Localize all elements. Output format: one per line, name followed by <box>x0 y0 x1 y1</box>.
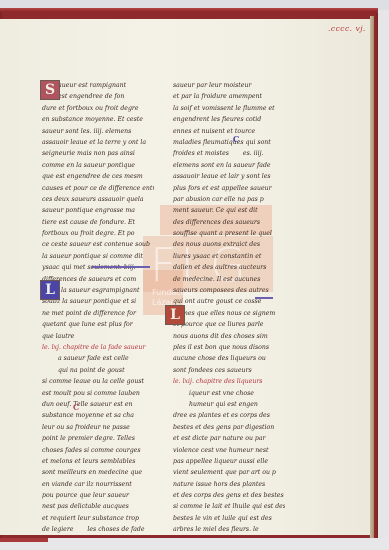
text-line: aucune chose des liqueurs ou <box>173 353 285 364</box>
illuminated-initial-l-right: L <box>165 305 185 325</box>
text-column-right: saueur par leur moisteuret par la froidu… <box>173 80 285 536</box>
text-line: nest pas delictable aucques <box>42 501 154 512</box>
text-line: sont meilleurs en medecine que <box>42 467 154 478</box>
text-line: engendrent les fieures cotid <box>173 114 285 125</box>
text-line: et des corps des gens et des bestes <box>173 490 285 501</box>
binding-bottom-edge <box>0 538 48 542</box>
rubric-heading: le. lxj. chapitre de la fade saueur <box>42 342 154 353</box>
text-line: ples il est bon que nous disons <box>173 342 285 353</box>
text-line: vient seulement que par art ou p <box>173 467 285 478</box>
text-line: la soif et vomissent le flumme et <box>173 103 285 114</box>
text-line: par abusion car elle na pas p <box>173 194 285 205</box>
text-line: sont fondees ces saueurs <box>173 365 285 376</box>
binding-top-edge <box>0 8 378 12</box>
text-line: dree es plantes et es corps des <box>173 410 285 421</box>
text-line: choses fades si comme courges <box>42 445 154 456</box>
text-line-tail: es. iiij. <box>229 150 264 157</box>
text-line: ment saueur. Ce qui est dit <box>173 205 285 216</box>
line-filler <box>92 266 150 268</box>
text-line: substance moyenne et sa cha <box>42 410 154 421</box>
text-line: humeur qui est engen <box>173 399 285 410</box>
text-line: arbres le miel des fleurs. le <box>173 524 285 535</box>
text-line: et par la froidure amempent <box>173 91 285 102</box>
text-line: ne met point de difference for <box>42 308 154 319</box>
text-line: assauoir leaue et lair y sont les <box>173 171 285 182</box>
text-line: si comme leaue ou la celle goust <box>42 376 154 387</box>
text-line: dure et fortboux ou froit degre <box>42 103 154 114</box>
text-line: froides et moisteses. iiij. <box>173 148 285 159</box>
text-line: nous auons dit des choses sim <box>173 331 285 342</box>
text-line: pas appellee liqueur aussi elle <box>173 456 285 467</box>
text-line: saueur sont les. iiij. elemens <box>42 126 154 137</box>
text-line: est moult pou si comme lauben <box>42 388 154 399</box>
text-line: en viande car ilz nourrissent <box>42 479 154 490</box>
text-line: maladies fleumatiques qui sont <box>173 137 285 148</box>
text-line: en substance moyenne. Et ceste <box>42 114 154 125</box>
text-line: si comme le lait et lhuile qui est des <box>173 501 285 512</box>
line-filler <box>255 297 273 299</box>
text-line: dun oeuf. Telle saueur est en <box>42 399 154 410</box>
text-line: dalien et des aultres aucteurs <box>173 262 285 273</box>
text-line-tail: les choses de fade <box>73 526 144 533</box>
text-line: saueur par leur moisteur <box>173 80 285 91</box>
text-line: comme en la saueur pontique <box>42 160 154 171</box>
text-line: bestes le vin et luile qui est des <box>173 513 285 524</box>
text-line: et est dicte par nature ou par <box>173 433 285 444</box>
text-line: des differences des saueurs <box>173 217 285 228</box>
pen-initial-c-bottom: C <box>72 403 80 412</box>
text-line: ce ceste saueur est contenue soub <box>42 239 154 250</box>
page-fore-edge <box>370 16 374 538</box>
illuminated-initial-s: S <box>40 80 60 100</box>
text-line: qui na point de goust <box>42 365 154 376</box>
text-line: la saueur pontique si comme dit <box>42 251 154 262</box>
text-line: plus fors et est appellee saueur <box>173 183 285 194</box>
folio-number: .cccc. vj. <box>328 24 366 33</box>
text-line: iqueur est vne chose <box>173 388 285 399</box>
text-line: de legiere les choses de fade <box>42 524 154 535</box>
text-line: fortboux ou froit degre. Et po <box>42 228 154 239</box>
illuminated-initial-l: L <box>40 280 60 300</box>
text-column-left: aueur est rampignantest engendree de fon… <box>42 80 154 536</box>
text-line: leur ou sa froideur ne passe <box>42 422 154 433</box>
text-line: des nous auons extraict des <box>173 239 285 250</box>
text-line: et melons et leurs semblables <box>42 456 154 467</box>
text-line: bestes et des gens par digestion <box>173 422 285 433</box>
text-line: point le premier degre. Telles <box>42 433 154 444</box>
pen-initial-c: C <box>232 135 240 144</box>
text-line: saueurs composees des autres <box>173 285 285 296</box>
text-line: que lautre <box>42 331 154 342</box>
text-line: assauoir leaue et la terre y ont la <box>42 137 154 148</box>
text-line: nature issue hors des plantes <box>173 479 285 490</box>
text-line: et requiert leur substance trop <box>42 513 154 524</box>
text-line: pou pource que leur saueur <box>42 490 154 501</box>
text-line: violence cest vne humeur nest <box>173 445 285 456</box>
text-line: ces deux saueurs assauoir quela <box>42 194 154 205</box>
text-line: saueur pontique engrosse ma <box>42 205 154 216</box>
text-line: liures ysaac et constantin et <box>173 251 285 262</box>
text-line: ennes et nuisent et tource <box>173 126 285 137</box>
text-line: que est engendree de ces mesm <box>42 171 154 182</box>
text-line: et pource que ce liures parle <box>173 319 285 330</box>
rubric-heading: le. lxij. chapitre des liqueurs <box>173 376 285 387</box>
text-line: causes et pour ce de difference entre <box>42 183 154 194</box>
text-line: elemens sont en la saueur fade <box>173 160 285 171</box>
text-line: seigneurie mais non pas ainsi <box>42 148 154 159</box>
backdrop-bottom <box>0 538 389 550</box>
text-line: de medecine. Il est aucunes <box>173 274 285 285</box>
text-line: souffise quant a present le quel <box>173 228 285 239</box>
text-line: quetant que lune est plus for <box>42 319 154 330</box>
text-line: tiere est cause de fondure. Et <box>42 217 154 228</box>
text-line: formes que elles nous ce signem <box>173 308 285 319</box>
text-line: a saueur fade est celle <box>42 353 154 364</box>
